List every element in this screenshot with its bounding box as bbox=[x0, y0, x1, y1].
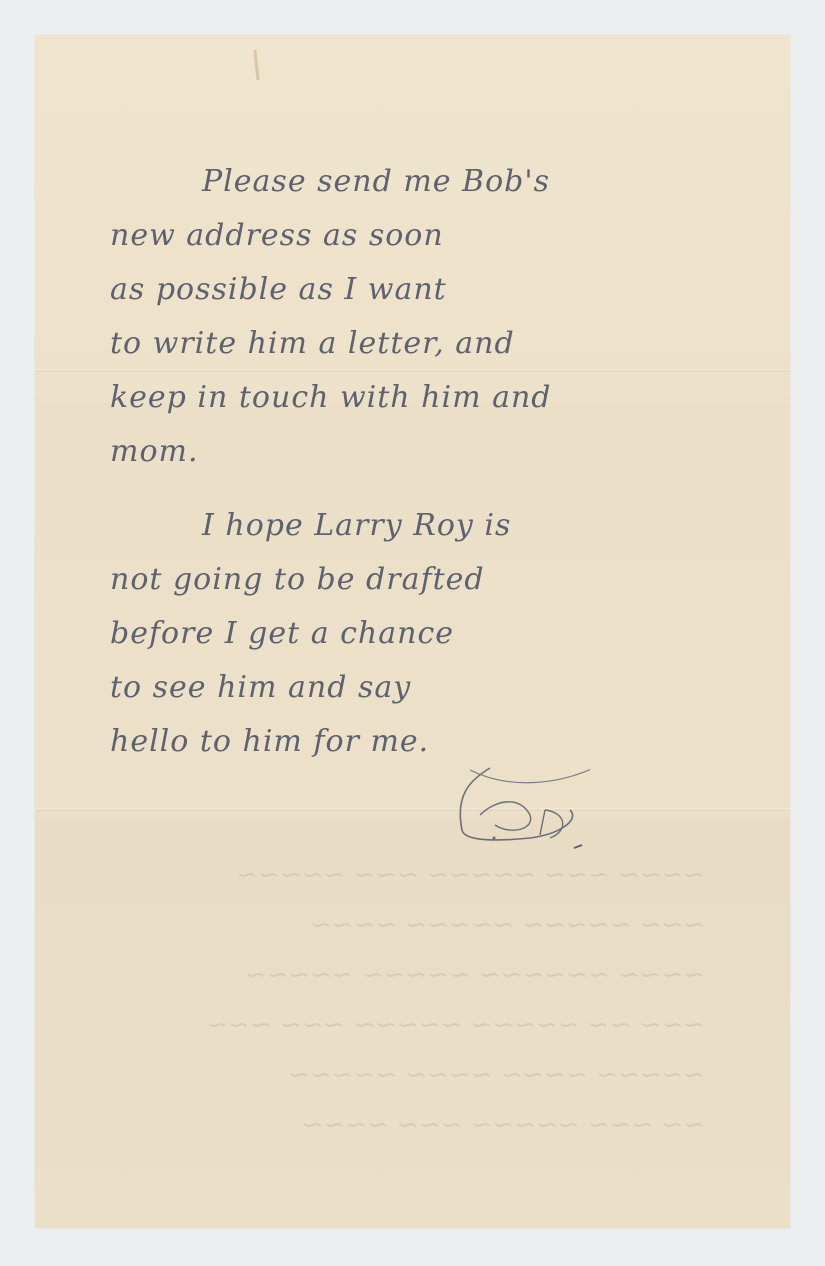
text-line: mom. bbox=[110, 425, 730, 479]
text-line: Please send me Bob's bbox=[110, 155, 730, 209]
signature: E. D. bbox=[450, 760, 590, 850]
text-line: new address as soon bbox=[110, 209, 730, 263]
text-line: to see him and say bbox=[110, 661, 730, 715]
paragraph-2: I hope Larry Roy is not going to be draf… bbox=[110, 499, 730, 769]
letter-body: Please send me Bob's new address as soon… bbox=[110, 155, 730, 769]
text-line: to write him a letter, and bbox=[110, 317, 730, 371]
text-line: as possible as I want bbox=[110, 263, 730, 317]
paper-mark bbox=[253, 50, 259, 80]
text-line: not going to be drafted bbox=[110, 553, 730, 607]
bleed-through-text: ~~~~ ~~~ ~~~~~ ~~~ ~~~~~ ~~~ ~~~~~ ~~~~~… bbox=[55, 850, 705, 1170]
text-line: hello to him for me. bbox=[110, 715, 730, 769]
fold-line-lower bbox=[35, 808, 790, 811]
paragraph-1: Please send me Bob's new address as soon… bbox=[110, 155, 730, 479]
text-line: before I get a chance bbox=[110, 607, 730, 661]
text-line: keep in touch with him and bbox=[110, 371, 730, 425]
text-line: I hope Larry Roy is bbox=[110, 499, 730, 553]
paragraph-gap bbox=[110, 479, 730, 499]
